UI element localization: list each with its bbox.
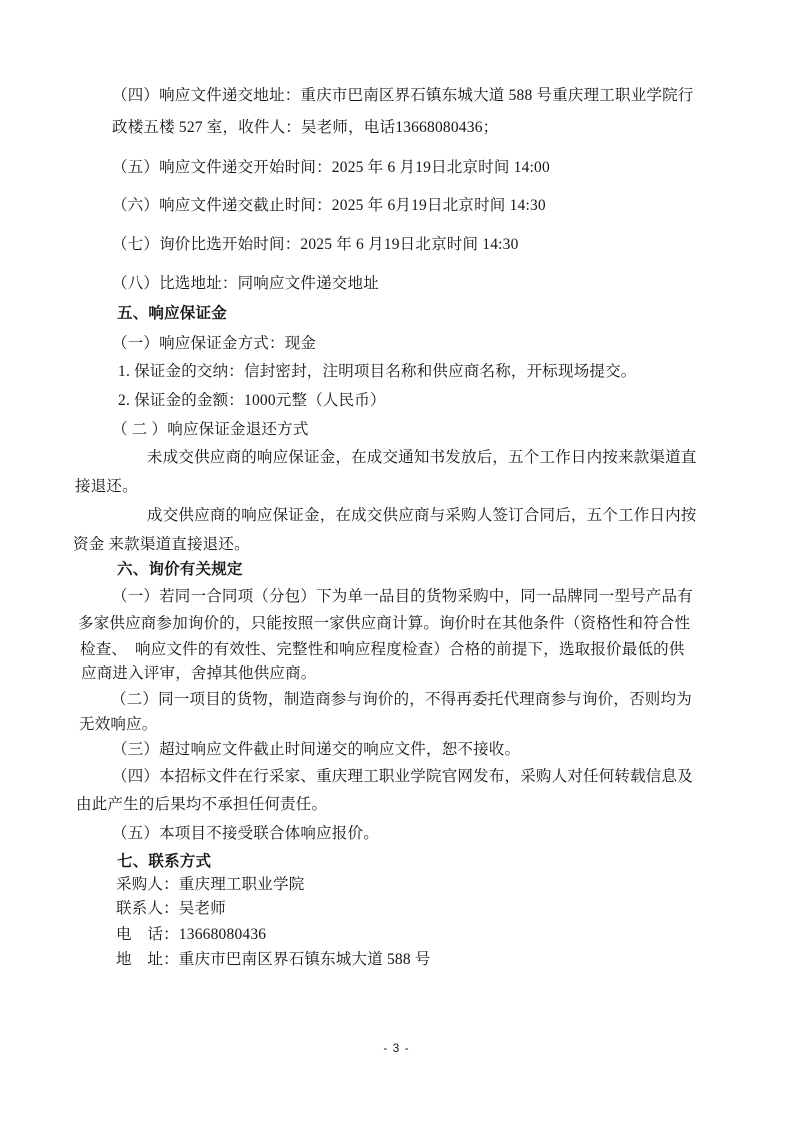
section-deposit-heading: 五、响应保证金 bbox=[117, 306, 227, 322]
deposit-point-1: 1. 保证金的交纳：信封密封，注明项目名称和供应商名称，开标现场提交。 bbox=[118, 364, 637, 380]
contact-person: 联系人：吴老师 bbox=[116, 901, 226, 917]
refund-successful-line-1: 成交供应商的响应保证金，在成交供应商与采购人签订合同后，五个工作日内按 bbox=[147, 508, 697, 524]
notice-item-4-line-2: 政楼五楼 527 室，收件人：吴老师，电话13668080436； bbox=[112, 120, 498, 136]
rule-1-line-1: （一）若同一合同项（分包）下为单一品目的货物采购中，同一品牌同一型号产品有 bbox=[112, 589, 693, 605]
notice-item-8: （八）比选地址：同响应文件递交地址 bbox=[112, 276, 379, 292]
notice-item-4-line-1: （四）响应文件递交地址：重庆市巴南区界石镇东城大道 588 号重庆理工职业学院行 bbox=[112, 88, 694, 104]
document-page: （四）响应文件递交地址：重庆市巴南区界石镇东城大道 588 号重庆理工职业学院行… bbox=[0, 0, 793, 1122]
notice-item-7: （七）询价比选开始时间：2025 年 6 月19日北京时间 14:30 bbox=[112, 237, 519, 253]
section-contact-heading: 七、联系方式 bbox=[117, 854, 211, 870]
deposit-point-2: 2. 保证金的金额：1000元整（人民币） bbox=[118, 393, 386, 409]
rule-1-line-4: 应商进入评审，舍掉其他供应商。 bbox=[81, 666, 317, 682]
rule-2-line-2: 无效响应。 bbox=[79, 717, 158, 733]
contact-phone: 电 话：13668080436 bbox=[116, 927, 266, 943]
rule-1-line-3: 检查、 响应文件的有效性、完整性和响应程度检查）合格的前提下，选取报价最低的供 bbox=[80, 642, 685, 658]
deposit-refund-title: （ 二 ）响应保证金退还方式 bbox=[112, 422, 309, 438]
rule-4-line-2: 由此产生的后果均不承担任何责任。 bbox=[76, 797, 327, 813]
rule-5: （五）本项目不接受联合体响应报价。 bbox=[112, 826, 379, 842]
page-number: - 3 - bbox=[0, 1041, 793, 1055]
notice-item-6: （六）响应文件递交截止时间：2025 年 6月19日北京时间 14:30 bbox=[112, 198, 546, 214]
contact-buyer: 采购人：重庆理工职业学院 bbox=[116, 877, 304, 893]
rule-3: （三）超过响应文件截止时间递交的响应文件，恕不接收。 bbox=[112, 742, 520, 758]
rule-1-line-2: 多家供应商参加询价的，只能按照一家供应商计算。询价时在其他条件（资格性和符合性 bbox=[78, 616, 690, 632]
deposit-method: （一）响应保证金方式：现金 bbox=[112, 336, 316, 352]
contact-address: 地 址：重庆市巴南区界石镇东城大道 588 号 bbox=[116, 952, 431, 968]
rule-4-line-1: （四）本招标文件在行采家、重庆理工职业学院官网发布，采购人对任何转载信息及 bbox=[112, 769, 693, 785]
refund-unsuccessful-line-2: 接退还。 bbox=[75, 479, 138, 495]
section-rules-heading: 六、询价有关规定 bbox=[117, 562, 243, 578]
notice-item-5: （五）响应文件递交开始时间：2025 年 6 月19日北京时间 14:00 bbox=[112, 160, 550, 176]
refund-successful-line-2: 资金 来款渠道直接退还。 bbox=[73, 537, 250, 553]
rule-2-line-1: （二）同一项目的货物，制造商参与询价的，不得再委托代理商参与询价，否则均为 bbox=[111, 692, 692, 708]
refund-unsuccessful-line-1: 未成交供应商的响应保证金，在成交通知书发放后，五个工作日内按来款渠道直 bbox=[147, 450, 697, 466]
